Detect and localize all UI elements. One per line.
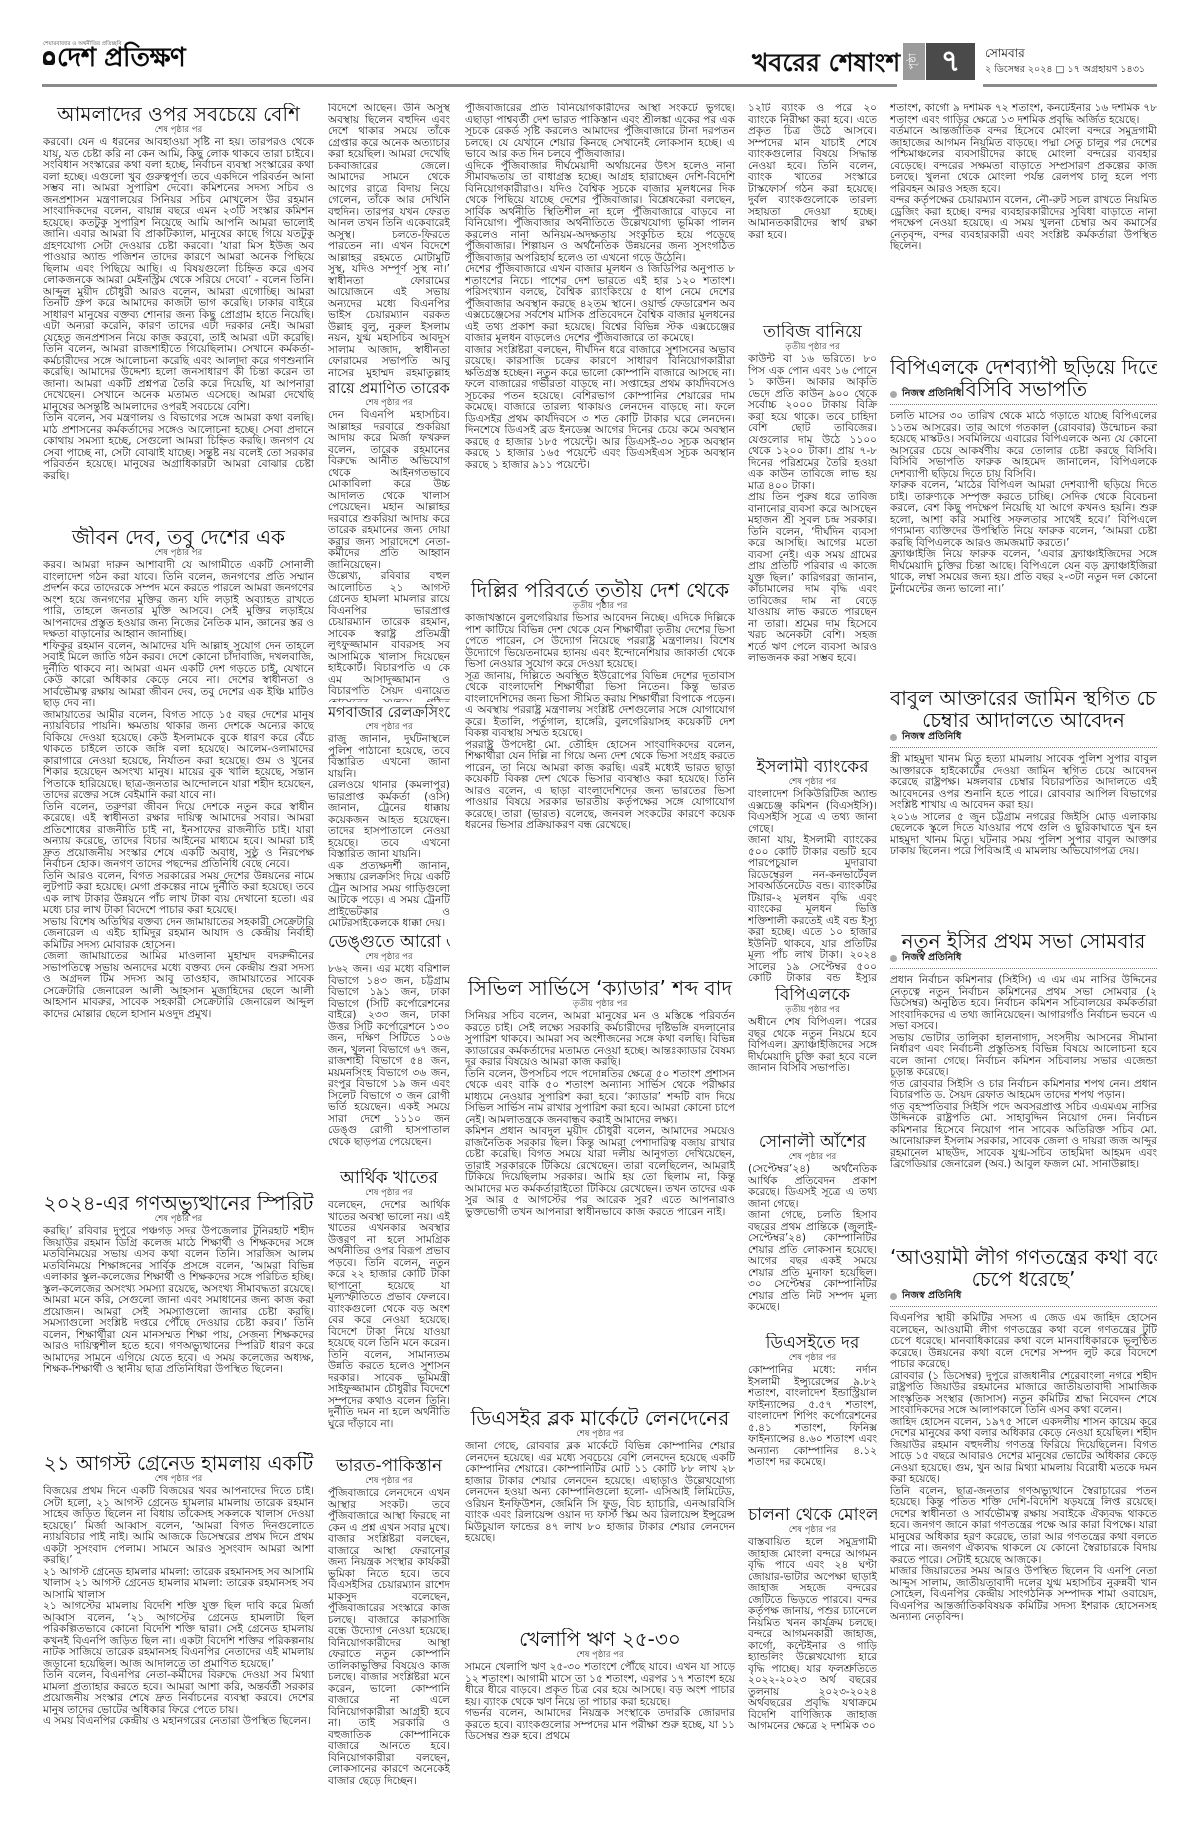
masthead-rule-right: [983, 84, 1157, 87]
article-jibon-debo: জীবন দেব, তবু দেশের এক শেষ পৃষ্ঠার পর কর…: [43, 526, 314, 1189]
article-headline: সিভিল সার্ভিসে ‘ক্যাডার’ শব্দ বাদ: [465, 977, 735, 999]
continuation-note: শেষ পৃষ্ঠার পর: [43, 1214, 314, 1224]
continuation-note: তৃতীয় পৃষ্ঠার পর: [465, 999, 735, 1009]
article-body: চলতি মাসের ৩০ তারিখ থেকে মাঠে গড়াতে যাচ…: [890, 411, 1157, 595]
article-headline: রায়ে প্রমাণিত তারেক: [328, 380, 450, 398]
article-body: বাংলাদেশ সিকিউরিটিজ অ্যান্ড এক্সচেঞ্জ কম…: [748, 789, 877, 983]
article-bpl-bcb: বিপিএলকে দেশব্যাপী ছড়িয়ে দিতে চান বিসি…: [890, 356, 1157, 684]
article-body: বিজয়ের প্রথম দিনে একটি বিজয়ের খবর আপনা…: [43, 1486, 314, 1728]
continuation-note: তৃতীয় পৃষ্ঠার পর: [465, 601, 735, 611]
byline: নিজস্ব প্রতিনিধি: [890, 952, 1157, 964]
article-amladerupor: আমলাদের ওপর সবচেয়ে বেশি শেষ পৃষ্ঠার পর …: [43, 103, 314, 521]
bullet-dot-icon: [890, 955, 897, 962]
dotted-divider: [890, 968, 1157, 969]
article-khelapi-rin: খেলাপি ঋণ ২৫-৩০ শেষ পৃষ্ঠার পর সামনে খেল…: [465, 1628, 735, 1806]
page-number: ৭: [926, 43, 975, 80]
article-headline: বিপিএলকে: [748, 985, 877, 1005]
article-headline: ডেঙ্গুতে আরো ৬: [328, 932, 450, 952]
page-label: পৃষ্ঠা: [905, 53, 922, 69]
article-headline: আর্থিক খাতের: [328, 1168, 450, 1188]
article-headline-line2: চেম্বার আদালতে আবেদন: [890, 709, 1157, 731]
byline: নিজস্ব প্রতিনিধি: [890, 731, 1157, 743]
continuation-note: শেষ পৃষ্ঠার পর: [328, 952, 450, 962]
article-body: দেন বিএনপি মহাসচিব। আল্লাহর দরবারে শুকরি…: [328, 410, 450, 702]
continuation-note: শেষ পৃষ্ঠার পর: [43, 1474, 314, 1484]
continuation-note: শেষ পৃষ্ঠার পর: [748, 777, 877, 787]
article-headline: ‘আওয়ামী লীগ গণতন্ত্রের কথা বলে টুটি: [890, 1246, 1157, 1268]
article-dengue: ডেঙ্গুতে আরো ৬ শেষ পৃষ্ঠার পর ৮৬২ জন। এর…: [328, 932, 450, 1166]
article-headline-line2: চেপে ধরেছে’: [890, 1268, 1157, 1290]
page-label-box: পৃষ্ঠা: [903, 43, 925, 80]
article-delhi-visa: দিল্লির পরিবর্তে তৃতীয় দেশ থেকে তৃতীয় …: [465, 579, 735, 975]
article-bharat-pakistan: ভারত-পাকিস্তান শেষ পৃষ্ঠার পর পুঁজিবাজার…: [328, 1456, 450, 1806]
article-body: বাস্তবায়িত হলে সমুদ্রগামী জাহাজ মোংলা ব…: [748, 1537, 877, 1733]
article-body: রাজু জানান, দুর্ঘটনাস্থলে পুলিশ পাঠানো হ…: [328, 734, 450, 930]
article-awami-league: ‘আওয়ামী লীগ গণতন্ত্রের কথা বলে টুটি চেপ…: [890, 1246, 1157, 1806]
article-headline: ২১ আগস্ট গ্রেনেড হামলায় একটি: [43, 1452, 314, 1474]
article-sonali-aansh: সোনালী আঁশের শেষ পৃষ্ঠার পর (সেপ্টেম্বর’…: [748, 1132, 877, 1331]
article-body: কোম্পানির মধ্যে: নর্দান ইসলামী ইন্স্যুরে…: [748, 1365, 877, 1469]
article-body: শতাংশ, কার্গো ৯ দশমিক ৭২ শতাংশ, কনটেইনার…: [890, 103, 1157, 253]
article-civil-service: সিভিল সার্ভিসে ‘ক্যাডার’ শব্দ বাদ তৃতীয়…: [465, 977, 735, 1405]
article-body: সামনে খেলাপি ঋণ ২৫-৩০ শতাংশে পৌঁছে যাবে।…: [465, 1662, 735, 1743]
article-headline: ডিএসইতে দর: [748, 1333, 877, 1353]
logo-emblem-icon: [43, 51, 55, 65]
continuation-note: তৃতীয় পৃষ্ঠার পর: [748, 342, 877, 352]
article-headline: আমলাদের ওপর সবচেয়ে বেশি: [43, 103, 314, 125]
byline-text: নিজস্ব প্রতিনিধি: [902, 951, 961, 966]
article-body: ৮৬২ জন। এর মধ্যে বরিশাল বিভাগে ১৪৩ জন, চ…: [328, 964, 450, 1148]
article-body: (সেপ্টেম্বর’২৪) অর্থনৈতিক আর্থিক প্রতিবে…: [748, 1164, 877, 1314]
newspaper-logo: দেশ প্রতিক্ষণ: [43, 44, 185, 72]
article-tabij: তাবিজ বানিয়ে তৃতীয় পৃষ্ঠার পর কাউন্ট ব…: [748, 322, 877, 754]
article-body: ১২টি ব্যাংক ও পরে ২০ ব্যাংকে নিরীক্ষা কর…: [748, 103, 877, 241]
article-chalna-mongla: চালনা থেকে মোংলা শেষ পৃষ্ঠার পর বাস্তবায…: [748, 1505, 877, 1805]
continuation-note: শেষ পৃষ্ঠার পর: [465, 1650, 735, 1660]
article-mogbazar: মগবাজার রেলক্রসিংয়ে শেষ পৃষ্ঠার পর রাজু…: [328, 704, 450, 930]
article-body: কাউন্ট বা ১৬ ভরিতে। ৮০ পিস এক পোন এবং ১৬…: [748, 354, 877, 665]
issue-date: ২ ডিসেম্বর ২০২৪ □ ১৭ অগ্রহায়ণ ১৪৩১: [985, 64, 1145, 76]
continuation-note: শেষ পৃষ্ঠার পর: [43, 548, 314, 558]
dotted-divider: [890, 747, 1157, 748]
article-babul-akter: বাবুল আক্তারের জামিন স্থগিত চেয়ে চেম্বা…: [890, 687, 1157, 927]
byline: নিজস্ব প্রতিনিধি: [890, 388, 961, 400]
article-headline: ইসলামী ব্যাংকের: [748, 757, 877, 777]
article-headline: চালনা থেকে মোংলা: [748, 1505, 877, 1525]
article-headline: মগবাজার রেলক্রসিংয়ে: [328, 704, 450, 722]
article-new-ec: নতুন ইসির প্রথম সভা সোমবার নিজস্ব প্রতিন…: [890, 930, 1157, 1243]
article-body: অধীনে শেষ বিপিএল। পরের বছর থেকে নতুন নিয…: [748, 1017, 877, 1075]
article-body: করছি।’ রবিবার দুপুরে পঞ্চগড় সদর উপজেলার…: [43, 1226, 314, 1376]
article-headline: সোনালী আঁশের: [748, 1132, 877, 1152]
bullet-dot-icon: [890, 1293, 897, 1300]
article-raye-promanito: রায়ে প্রমাণিত তারেক শেষ পৃষ্ঠার পর দেন …: [328, 380, 450, 702]
article-headline: তাবিজ বানিয়ে: [748, 322, 877, 342]
article-headline: জীবন দেব, তবু দেশের এক: [43, 526, 314, 548]
article-body: করবো। যেন এ ধরনের আবহাওয়া সৃষ্টি না হয়…: [43, 137, 314, 482]
dotted-divider: [890, 404, 1157, 405]
byline: নিজস্ব প্রতিনিধি: [890, 1290, 1157, 1302]
byline-text: নিজস্ব প্রতিনিধি: [902, 387, 961, 402]
article-dse-block-market: ডিএসইর ব্লক মার্কেটে লেনদেনের শেষ পৃষ্ঠা…: [465, 1407, 735, 1626]
article-body: জানা গেছে, রোববার ব্লক মার্কেটে বিভিন্ন …: [465, 1441, 735, 1545]
continuation-note: শেষ পৃষ্ঠার পর: [748, 1525, 877, 1535]
continuation-note: শেষ পৃষ্ঠার পর: [328, 1476, 450, 1486]
article-arthik-khat: আর্থিক খাতের শেষ পৃষ্ঠার পর বলেছেন, দেশে…: [328, 1168, 450, 1454]
continuation-note: শেষ পৃষ্ঠার পর: [328, 398, 450, 408]
article-headline: নতুন ইসির প্রথম সভা সোমবার: [890, 930, 1157, 952]
article-bpl-short: বিপিএলকে তৃতীয় পৃষ্ঠার পর অধীনে শেষ বিপ…: [748, 985, 877, 1130]
continuation-note: শেষ পৃষ্ঠার পর: [328, 1188, 450, 1198]
continuation-note: শেষ পৃষ্ঠার পর: [328, 722, 450, 732]
article-continuation-c: পুঁজিবাজারের প্রতি বিনিয়োগকারীদের আস্থা…: [465, 103, 735, 576]
article-continuation-e: শতাংশ, কার্গো ৯ দশমিক ৭২ শতাংশ, কনটেইনার…: [890, 103, 1157, 353]
article-gono-obhyutthan: ২০২৪-এর গণঅভ্যুত্থানের স্পিরিট শেষ পৃষ্ঠ…: [43, 1192, 314, 1450]
bullet-dot-icon: [890, 391, 897, 398]
continuation-note: তৃতীয় পৃষ্ঠার পর: [748, 1005, 877, 1015]
article-21-august: ২১ আগস্ট গ্রেনেড হামলায় একটি শেষ পৃষ্ঠা…: [43, 1452, 314, 1805]
article-continuation-d: ১২টি ব্যাংক ও পরে ২০ ব্যাংকে নিরীক্ষা কর…: [748, 103, 877, 319]
continuation-note: শেষ পৃষ্ঠার পর: [465, 1429, 735, 1439]
article-headline: ডিএসইর ব্লক মার্কেটে লেনদেনের: [465, 1407, 735, 1429]
article-headline: বিপিএলকে দেশব্যাপী ছড়িয়ে দিতে চান: [890, 356, 1157, 378]
issue-day: সোমবার: [985, 46, 1025, 61]
article-body: স্ত্রী মাহমুদা খানম মিতু হত্যা মামলায় স…: [890, 754, 1157, 858]
article-headline: খেলাপি ঋণ ২৫-৩০: [465, 1628, 735, 1650]
article-body: সিনিয়র সচিব বলেন, আমরা মানুষের মন ও মস্…: [465, 1011, 735, 1218]
dotted-divider: [890, 1306, 1157, 1307]
article-continuation-b: বিদেশে আছেন। উনি অসুস্থ অবস্থায় ছিলেন ব…: [328, 103, 450, 378]
article-body: কাজাখস্তানে বুলগেরিয়ার ভিসার আবেদন নিচ্…: [465, 613, 735, 832]
continuation-note: শেষ পৃষ্ঠার পর: [748, 1152, 877, 1162]
article-headline: বাবুল আক্তারের জামিন স্থগিত চেয়ে: [890, 687, 1157, 709]
article-dse-dor: ডিএসইতে দর শেষ পৃষ্ঠার পর কোম্পানির মধ্য…: [748, 1333, 877, 1503]
article-body: বিদেশে আছেন। উনি অসুস্থ অবস্থায় ছিলেন ব…: [328, 103, 450, 378]
article-body: প্রধান নির্বাচন কমিশনার (সিইসি) এ এম এম …: [890, 975, 1157, 1171]
section-title: খবরের শেষাংশ: [752, 48, 900, 78]
bullet-dot-icon: [890, 734, 897, 741]
logo-text: দেশ প্রতিক্ষণ: [57, 44, 185, 72]
masthead-rule-left: [42, 84, 897, 87]
article-headline: ২০২৪-এর গণঅভ্যুত্থানের স্পিরিট: [43, 1192, 314, 1214]
article-headline: ভারত-পাকিস্তান: [328, 1456, 450, 1476]
article-headline: দিল্লির পরিবর্তে তৃতীয় দেশ থেকে: [465, 579, 735, 601]
article-body: করব। আমরা দারুন আশাবাদী যে আগামীতে একটি …: [43, 560, 314, 1020]
byline-text: নিজস্ব প্রতিনিধি: [902, 730, 961, 745]
continuation-note: শেষ পৃষ্ঠার পর: [43, 125, 314, 135]
article-body: পুঁজিবাজারে লেনদেনে এখন আস্থার সংকট। তবে…: [328, 1488, 450, 1787]
continuation-note: শেষ পৃষ্ঠার পর: [748, 1353, 877, 1363]
article-body: পুঁজিবাজারের প্রতি বিনিয়োগকারীদের আস্থা…: [465, 103, 735, 471]
article-islami-bank: ইসলামী ব্যাংকের শেষ পৃষ্ঠার পর বাংলাদেশ …: [748, 757, 877, 983]
article-body: বিএনপির স্থায়ী কমিটির সদস্য এ জেড এম জা…: [890, 1313, 1157, 1624]
article-body: বলেছেন, দেশের আর্থিক খাতের অবস্থা ভালো ন…: [328, 1200, 450, 1430]
byline-text: নিজস্ব প্রতিনিধি: [902, 1289, 961, 1304]
